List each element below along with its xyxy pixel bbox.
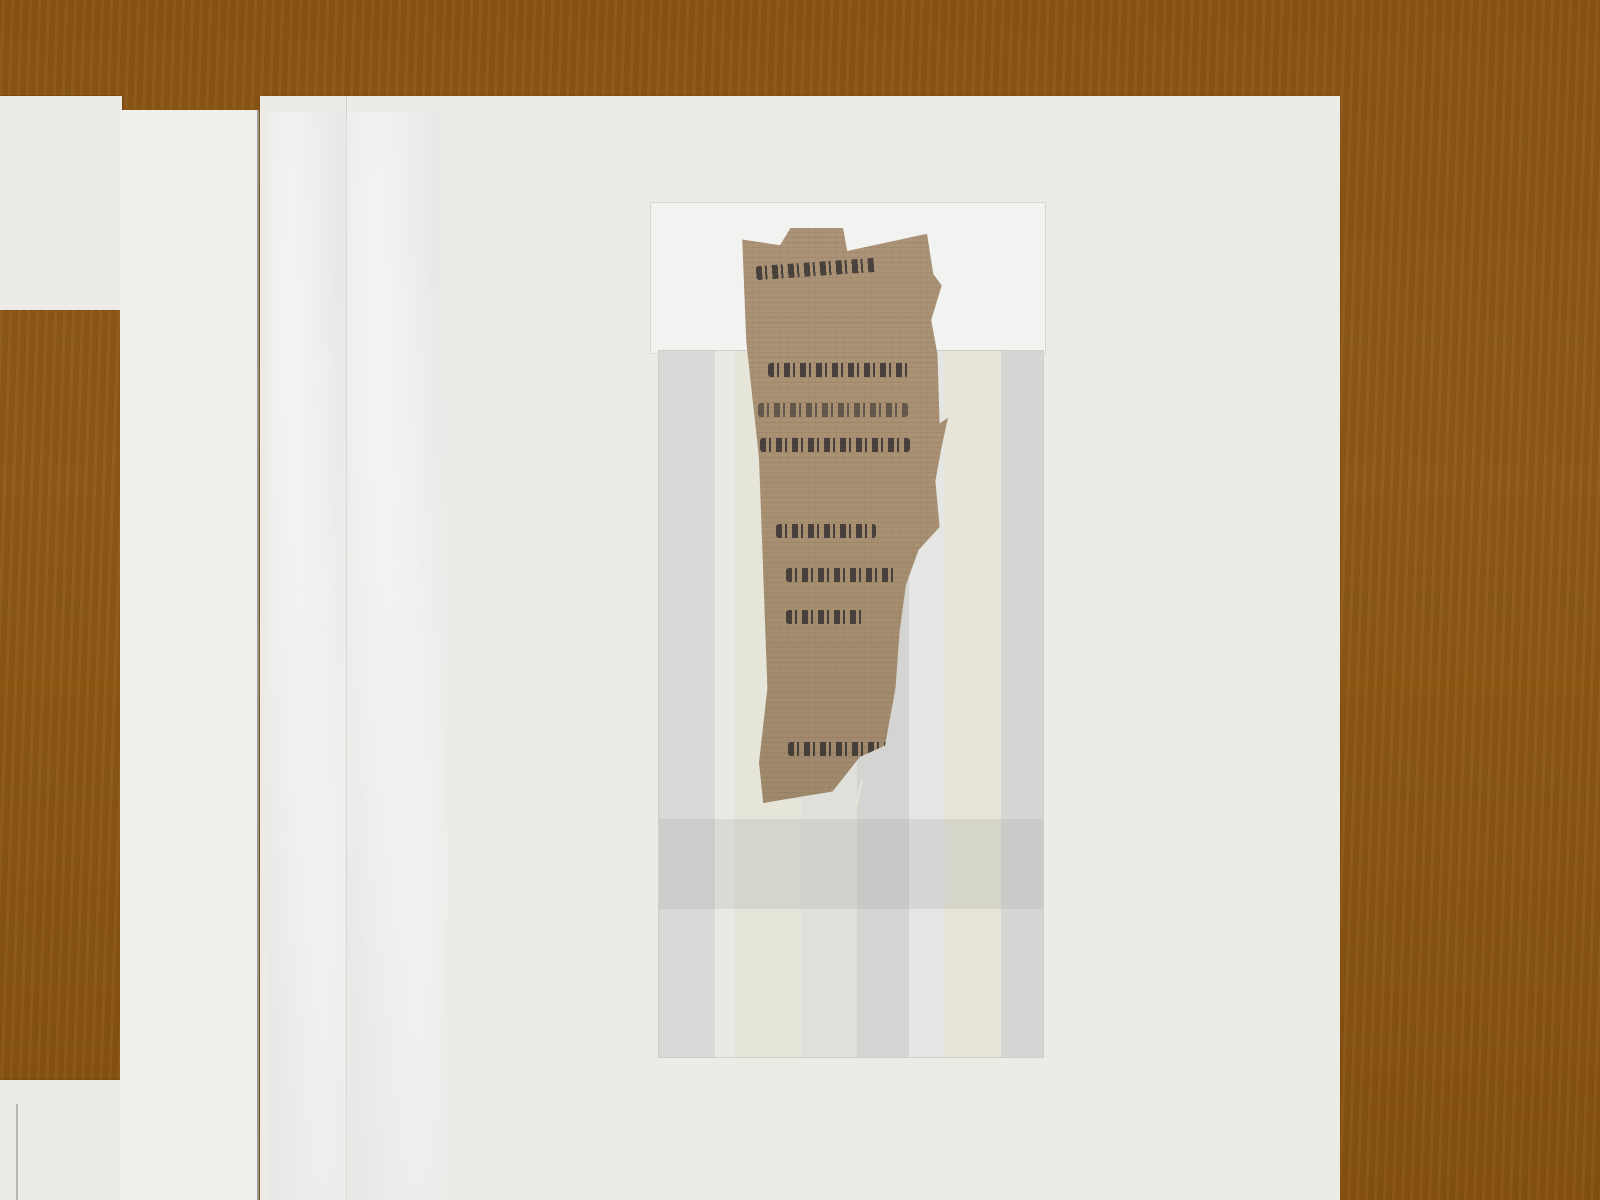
ink-line-1 (756, 258, 877, 280)
ink-line-4 (760, 438, 910, 452)
ink-line-7 (786, 610, 866, 624)
tissue-hinge-strip-right (346, 112, 447, 1200)
left-board-upper-top (0, 96, 122, 310)
ink-line-6 (786, 568, 896, 582)
tissue-hinge-strip-left (268, 112, 346, 1200)
ink-line-3 (758, 403, 908, 417)
mount-board-strip (120, 110, 259, 1200)
left-board-lower (0, 1080, 122, 1200)
sleeve-fold-band (659, 819, 1043, 909)
ink-line-2 (768, 363, 908, 377)
ink-line-5 (776, 524, 876, 538)
board-seam (346, 96, 347, 116)
left-board-lower-line (16, 1104, 18, 1200)
